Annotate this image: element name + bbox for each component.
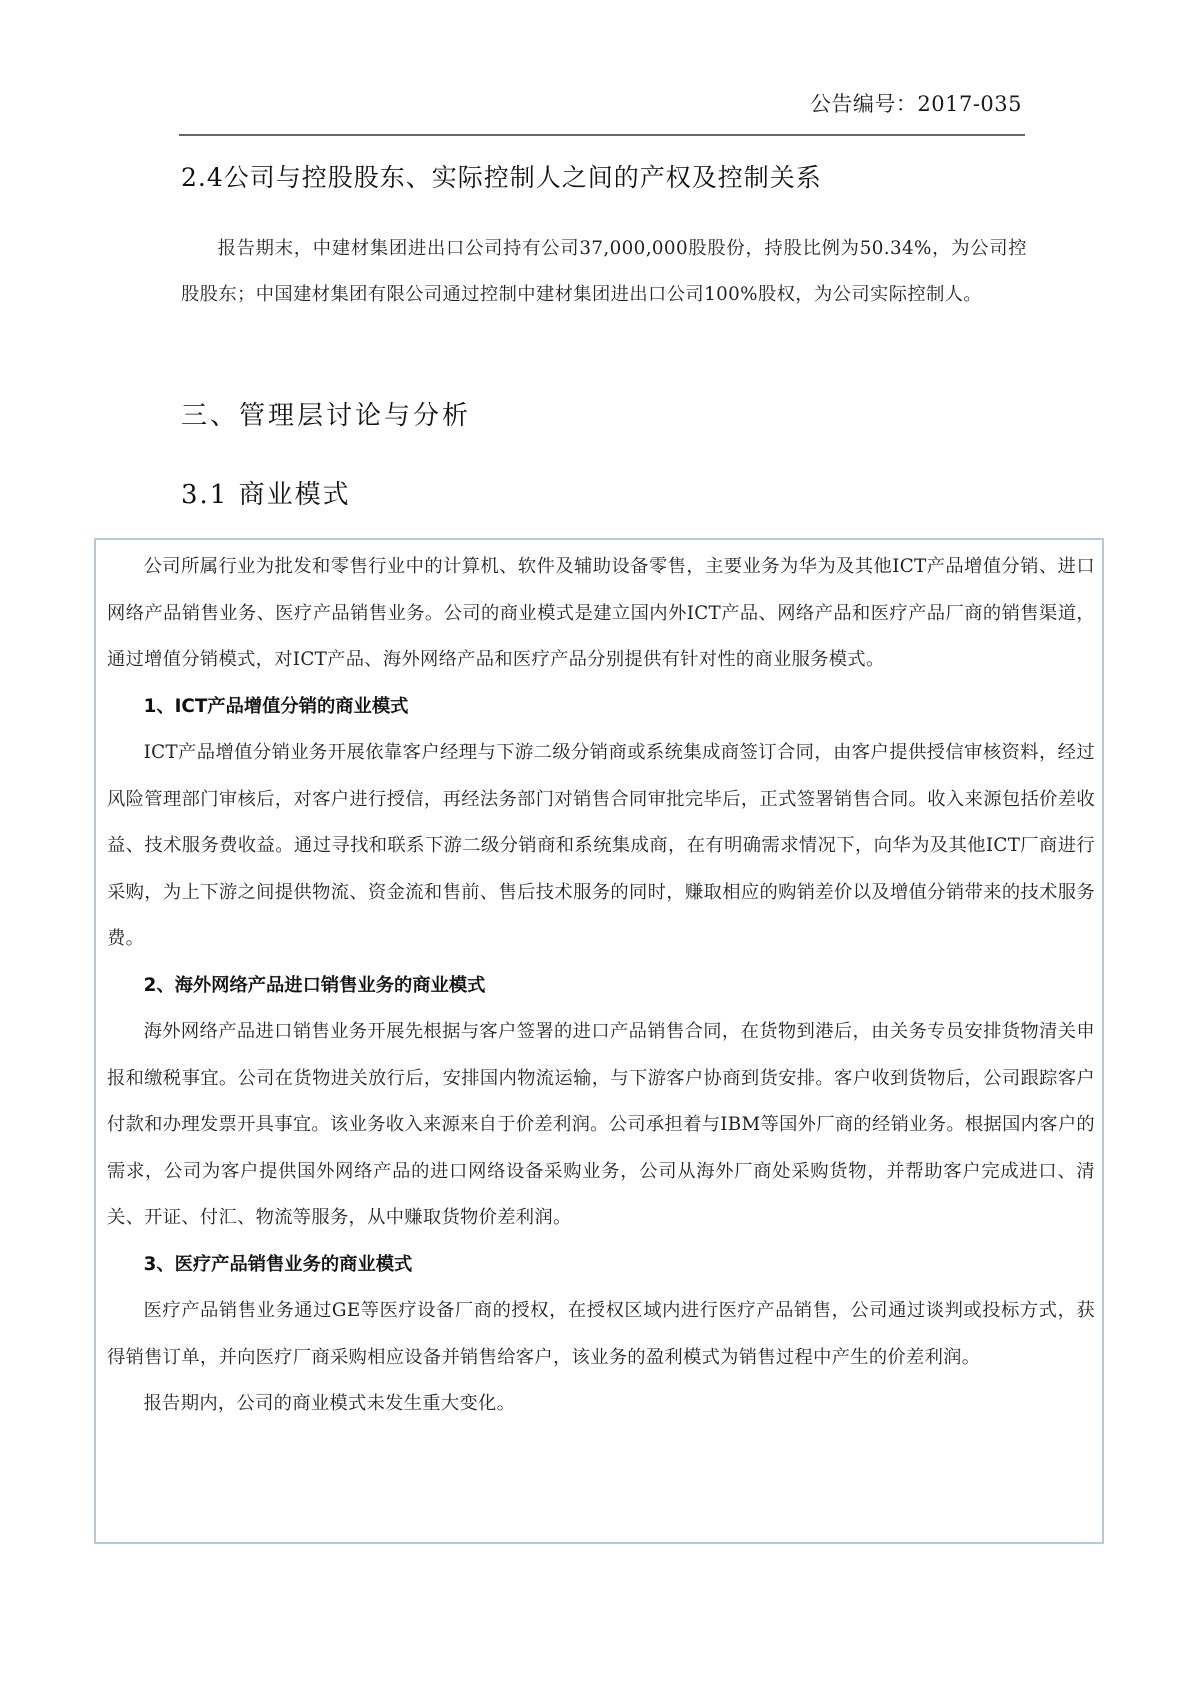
section-3-1-title: 3.1 商业模式	[181, 474, 351, 511]
announcement-number: 公告编号：2017-035	[810, 88, 1022, 118]
subsection-heading-overseas: 2、海外网络产品进口销售业务的商业模式	[107, 963, 1095, 1010]
section-2-4-title: 2.4公司与控股股东、实际控制人之间的产权及控制关系	[181, 158, 822, 194]
subsection-heading-ict: 1、ICT产品增值分销的商业模式	[107, 684, 1095, 731]
business-model-content: 公司所属行业为批发和零售行业中的计算机、软件及辅助设备零售，主要业务为华为及其他…	[107, 544, 1095, 1428]
business-model-box: 公司所属行业为批发和零售行业中的计算机、软件及辅助设备零售，主要业务为华为及其他…	[94, 538, 1104, 1544]
business-model-intro: 公司所属行业为批发和零售行业中的计算机、软件及辅助设备零售，主要业务为华为及其他…	[107, 544, 1095, 684]
section-2-4-paragraph: 报告期末，中建材集团进出口公司持有公司37,000,000股股份，持股比例为50…	[181, 226, 1027, 318]
subsection-text-overseas: 海外网络产品进口销售业务开展先根据与客户签署的进口产品销售合同，在货物到港后，由…	[107, 1009, 1095, 1242]
header-divider	[179, 134, 1025, 136]
subsection-text-ict: ICT产品增值分销业务开展依靠客户经理与下游二级分销商或系统集成商签订合同，由客…	[107, 730, 1095, 963]
section-3-title: 三、管理层讨论与分析	[181, 395, 471, 432]
subsection-text-medical: 医疗产品销售业务通过GE等医疗设备厂商的授权，在授权区域内进行医疗产品销售，公司…	[107, 1288, 1095, 1381]
business-model-conclusion: 报告期内，公司的商业模式未发生重大变化。	[107, 1381, 1095, 1428]
subsection-heading-medical: 3、医疗产品销售业务的商业模式	[107, 1242, 1095, 1289]
